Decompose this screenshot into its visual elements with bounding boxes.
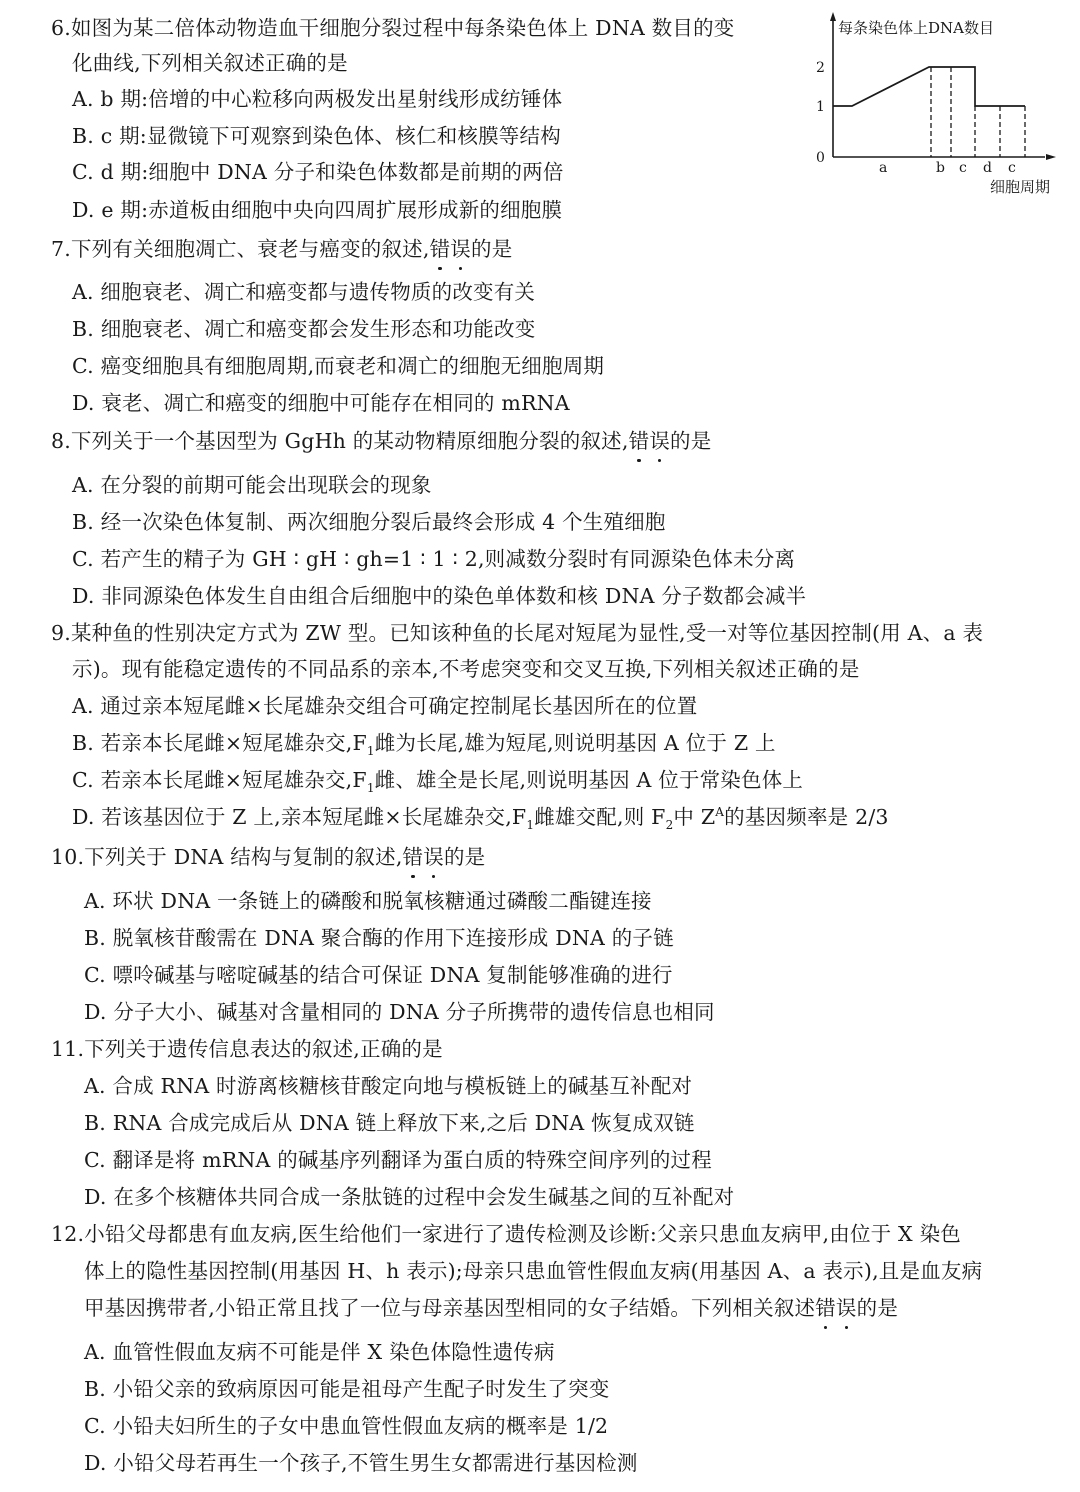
chart-dashed-dividers	[931, 67, 1025, 157]
q8-option-c: C. 若产生的精子为 GH ∶ gH ∶ gh=1 ∶ 1 ∶ 2,则减数分裂时…	[72, 545, 795, 573]
q10-stem: 10.下列关于 DNA 结构与复制的叙述,错误的是	[51, 843, 485, 871]
y-axis-arrow-icon	[830, 12, 836, 21]
q7-option-d: D. 衰老、凋亡和癌变的细胞中可能存在相同的 mRNA	[72, 389, 570, 417]
x-phase-b: b	[936, 160, 945, 176]
q6-option-d: D. e 期:赤道板由细胞中央向四周扩展形成新的细胞膜	[72, 196, 562, 224]
q7-stem: 7.下列有关细胞凋亡、衰老与癌变的叙述,错误的是	[51, 235, 512, 263]
q12-option-a: A. 血管性假血友病不可能是伴 X 染色体隐性遗传病	[84, 1338, 555, 1366]
q6-number: 6.	[51, 16, 71, 40]
q9-option-a: A. 通过亲本短尾雌×长尾雄杂交组合可确定控制尾长基因所在的位置	[72, 692, 697, 720]
q7-option-b: B. 细胞衰老、凋亡和癌变都会发生形态和功能改变	[72, 315, 535, 343]
q10-option-c: C. 嘌呤碱基与嘧啶碱基的结合可保证 DNA 复制能够准确的进行	[84, 961, 673, 989]
q12-stem-line-3: 甲基因携带者,小铅正常且找了一位与母亲基因型相同的女子结婚。下列相关叙述错误的是	[84, 1294, 898, 1322]
q7-option-a: A. 细胞衰老、凋亡和癌变都与遗传物质的改变有关	[72, 278, 535, 306]
q9-option-d: D. 若该基因位于 Z 上,亲本短尾雌×长尾雄杂交,F1雌雄交配,则 F2中 Z…	[72, 803, 889, 831]
y-tick-2: 2	[816, 60, 825, 76]
q11-option-c: C. 翻译是将 mRNA 的碱基序列翻译为蛋白质的特殊空间序列的过程	[84, 1146, 712, 1174]
q7-number: 7.	[51, 237, 71, 261]
q8-stem: 8.下列关于一个基因型为 GgHh 的某动物精原细胞分裂的叙述,错误的是	[51, 427, 711, 455]
emphasis-mark: 错	[815, 1294, 836, 1322]
emphasis-mark: 误	[836, 1294, 857, 1322]
q9-option-c: C. 若亲本长尾雌×短尾雄杂交,F1雌、雄全是长尾,则说明基因 A 位于常染色体…	[72, 766, 803, 794]
q9-number: 9.	[51, 621, 71, 645]
q6-stem-line-1: 6.如图为某二倍体动物造血干细胞分裂过程中每条染色体上 DNA 数目的变	[51, 14, 734, 42]
q12-stem-line-2: 体上的隐性基因控制(用基因 H、h 表示);母亲只患血管性假血友病(用基因 A、…	[84, 1257, 982, 1285]
x-phase-e: c	[1008, 160, 1016, 176]
q11-number: 11.	[51, 1037, 84, 1061]
q12-stem-line-1: 12.小铅父母都患有血友病,医生给他们一家进行了遗传检测及诊断:父亲只患血友病甲…	[51, 1220, 961, 1248]
q9-stem-line-2: 示)。现有能稳定遗传的不同品系的亲本,不考虑突变和交叉互换,下列相关叙述正确的是	[72, 655, 860, 683]
y-tick-1: 1	[816, 99, 825, 115]
emphasis-mark: 错	[430, 235, 451, 263]
q6-stem-line-2: 化曲线,下列相关叙述正确的是	[72, 49, 348, 77]
q11-stem: 11.下列关于遗传信息表达的叙述,正确的是	[51, 1035, 443, 1063]
q9-option-b: B. 若亲本长尾雌×短尾雄杂交,F1雌为长尾,雄为短尾,则说明基因 A 位于 Z…	[72, 729, 776, 757]
q6-option-b: B. c 期:显微镜下可观察到染色体、核仁和核膜等结构	[72, 122, 561, 150]
emphasis-mark: 误	[423, 843, 444, 871]
q12-number: 12.	[51, 1222, 84, 1246]
q10-option-b: B. 脱氧核苷酸需在 DNA 聚合酶的作用下连接形成 DNA 的子链	[84, 924, 674, 952]
q10-option-a: A. 环状 DNA 一条链上的磷酸和脱氧核糖通过磷酸二酯键连接	[84, 887, 652, 915]
q10-number: 10.	[51, 845, 84, 869]
q11-option-a: A. 合成 RNA 时游离核糖核苷酸定向地与模板链上的碱基互补配对	[84, 1072, 692, 1100]
q7-option-c: C. 癌变细胞具有细胞周期,而衰老和凋亡的细胞无细胞周期	[72, 352, 604, 380]
x-phase-a: a	[879, 160, 887, 176]
q9-stem-line-1: 9.某种鱼的性别决定方式为 ZW 型。已知该种鱼的长尾对短尾为显性,受一对等位基…	[51, 619, 983, 647]
q11-option-b: B. RNA 合成完成后从 DNA 链上释放下来,之后 DNA 恢复成双链	[84, 1109, 695, 1137]
q11-option-d: D. 在多个核糖体共同合成一条肽链的过程中会发生碱基之间的互补配对	[84, 1183, 734, 1211]
q8-number: 8.	[51, 429, 71, 453]
q6-option-c: C. d 期:细胞中 DNA 分子和染色体数都是前期的两倍	[72, 158, 564, 186]
x-phase-d: d	[983, 160, 992, 176]
x-axis-arrow-icon	[1046, 154, 1056, 160]
dna-per-chromosome-chart: 每条染色体上DNA数目 2 1 0 a b c d c 细胞周期	[810, 0, 1080, 200]
emphasis-mark: 错	[403, 843, 424, 871]
q12-option-d: D. 小铅父母若再生一个孩子,不管生男生女都需进行基因检测	[84, 1449, 638, 1477]
q6-option-a: A. b 期:倍增的中心粒移向两极发出星射线形成纺锤体	[72, 85, 562, 113]
y-tick-0: 0	[816, 150, 825, 166]
x-phase-c: c	[959, 160, 967, 176]
q6-stem-text-1: 如图为某二倍体动物造血干细胞分裂过程中每条染色体上 DNA 数目的变	[71, 16, 735, 40]
y-axis-label: 每条染色体上DNA数目	[838, 19, 994, 37]
emphasis-mark: 误	[450, 235, 471, 263]
x-axis-label: 细胞周期	[990, 178, 1050, 196]
q10-option-d: D. 分子大小、碱基对含量相同的 DNA 分子所携带的遗传信息也相同	[84, 998, 715, 1026]
q12-option-b: B. 小铅父亲的致病原因可能是祖母产生配子时发生了突变	[84, 1375, 610, 1403]
q8-option-d: D. 非同源染色体发生自由组合后细胞中的染色单体数和核 DNA 分子数都会减半	[72, 582, 806, 610]
chart-axes	[833, 17, 1045, 157]
q8-option-b: B. 经一次染色体复制、两次细胞分裂后最终会形成 4 个生殖细胞	[72, 508, 666, 536]
emphasis-mark: 错	[629, 427, 650, 455]
emphasis-mark: 误	[649, 427, 670, 455]
q12-option-c: C. 小铅夫妇所生的子女中患血管性假血友病的概率是 1/2	[84, 1412, 608, 1440]
q8-option-a: A. 在分裂的前期可能会出现联会的现象	[72, 471, 432, 499]
chart-curve	[833, 67, 1025, 106]
